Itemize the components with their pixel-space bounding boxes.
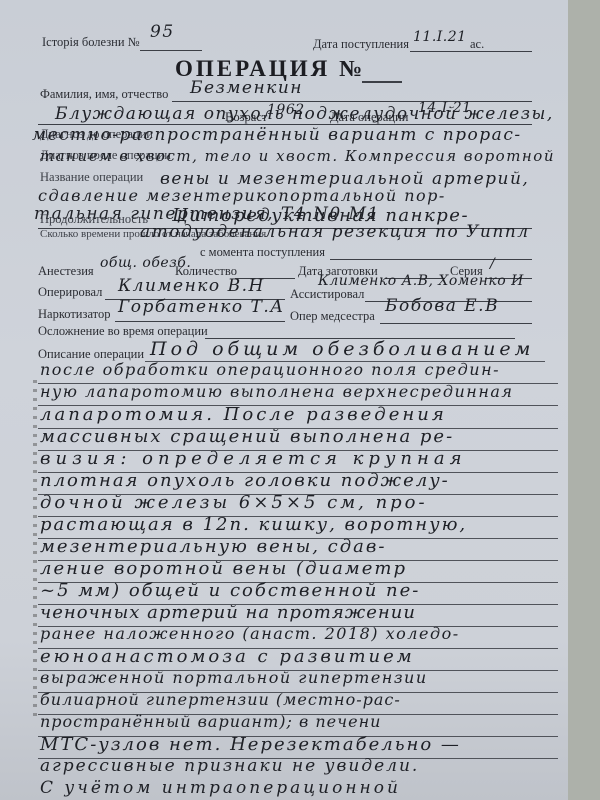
description-line-6: визия: определяется крупная bbox=[40, 448, 466, 469]
description-line-9: растающая в 12п. кишку, воротную, bbox=[40, 514, 467, 535]
nurse-label: Опер медсестра bbox=[290, 309, 375, 324]
diagnosis-line-3: танием в хвост, тело и хвост. Компрессия… bbox=[40, 147, 555, 165]
complication-label: Осложнение во время операции bbox=[38, 324, 208, 339]
history-underline bbox=[140, 50, 202, 51]
surgeon-label: Оперировал bbox=[38, 285, 102, 300]
anesthetist-label: Наркотизатор bbox=[38, 307, 110, 322]
op-name-label: Название операции bbox=[40, 170, 143, 185]
description-line-19: МТС-узлов нет. Нерезектабельно — bbox=[40, 734, 461, 755]
background-surface bbox=[568, 0, 600, 800]
description-line-15: еюноанастомоза с развитием bbox=[40, 646, 415, 667]
diagnosis-line-2: местно-распространённый вариант с прорас… bbox=[32, 125, 522, 145]
nurse-underline bbox=[380, 323, 532, 324]
admission-suffix: ас. bbox=[470, 37, 484, 52]
diagnosis-line-5: сдавление мезентерикопортальной пор- bbox=[38, 186, 446, 205]
name-underline bbox=[172, 101, 532, 102]
description-line-13: ченочных артерий на протяжении bbox=[40, 602, 416, 623]
op-name-line-2: атодуоденальная резекция по Уиппл bbox=[140, 222, 530, 242]
nurse-value: Бобова Е.В bbox=[385, 296, 499, 316]
history-value: 95 bbox=[150, 22, 175, 42]
name-label: Фамилия, имя, отчество bbox=[40, 87, 168, 102]
since-admission-label: с момента поступления bbox=[200, 245, 325, 260]
anesthetist-value: Горбатенко Т.А bbox=[118, 297, 285, 317]
admission-value: 11.I.21 bbox=[413, 29, 467, 45]
description-line-20: агрессивные признаки не увидели. bbox=[40, 756, 419, 776]
anesthesia-label: Анестезия bbox=[38, 264, 94, 279]
description-line-14: ранее наложенного (анаст. 2018) холедо- bbox=[40, 624, 460, 643]
description-line-4: лапаротомия. После разведения bbox=[40, 404, 447, 425]
description-line-8: дочной железы 6×5×5 см, про- bbox=[40, 492, 428, 513]
description-line-11: ление воротной вены (диаметр bbox=[40, 558, 407, 579]
description-line-16: выраженной портальной гипертензии bbox=[40, 668, 428, 687]
surgeon-value: Клименко В.Н bbox=[118, 276, 265, 296]
assistant-value: Клименко А.В, Хоменко И bbox=[318, 273, 524, 289]
diagnosis-line-1: Блуждающая опухоль поджелудочной железы, bbox=[55, 104, 554, 124]
binder-holes bbox=[33, 380, 37, 720]
history-label: Історія болезни № bbox=[42, 35, 140, 50]
description-line-7: плотная опухоль головки поджелу- bbox=[40, 470, 450, 491]
operation-number-underline bbox=[362, 81, 402, 83]
description-line-21: С учётом интраоперационной bbox=[40, 778, 401, 798]
series-value: / bbox=[490, 256, 495, 272]
description-line-2: после обработки операционного поля среди… bbox=[40, 360, 500, 379]
description-line-3: ную лапаротомию выполнена верхнесрединна… bbox=[40, 382, 514, 401]
scanned-form-page: Історія болезни № 95 Дата поступления 11… bbox=[0, 0, 568, 800]
description-line-12: ~5 мм) общей и собственной пе- bbox=[40, 580, 420, 601]
since-admission-underline bbox=[330, 259, 532, 260]
assistant-label: Ассистировал bbox=[290, 287, 364, 302]
description-line-18: пространённый вариант); в печени bbox=[40, 712, 381, 731]
anesthetist-underline bbox=[115, 321, 285, 322]
duration-label: Продолжительность bbox=[40, 212, 148, 227]
description-line-1: Под общим обезболиванием bbox=[150, 338, 534, 360]
description-line-5: массивных сращений выполнена ре- bbox=[40, 426, 454, 447]
admission-label: Дата поступления bbox=[313, 37, 409, 52]
description-line-10: мезентериальную вены, сдав- bbox=[40, 536, 386, 557]
description-line-17: билиарной гипертензии (местно-рас- bbox=[40, 690, 401, 709]
name-value: Безменкин bbox=[190, 78, 303, 98]
